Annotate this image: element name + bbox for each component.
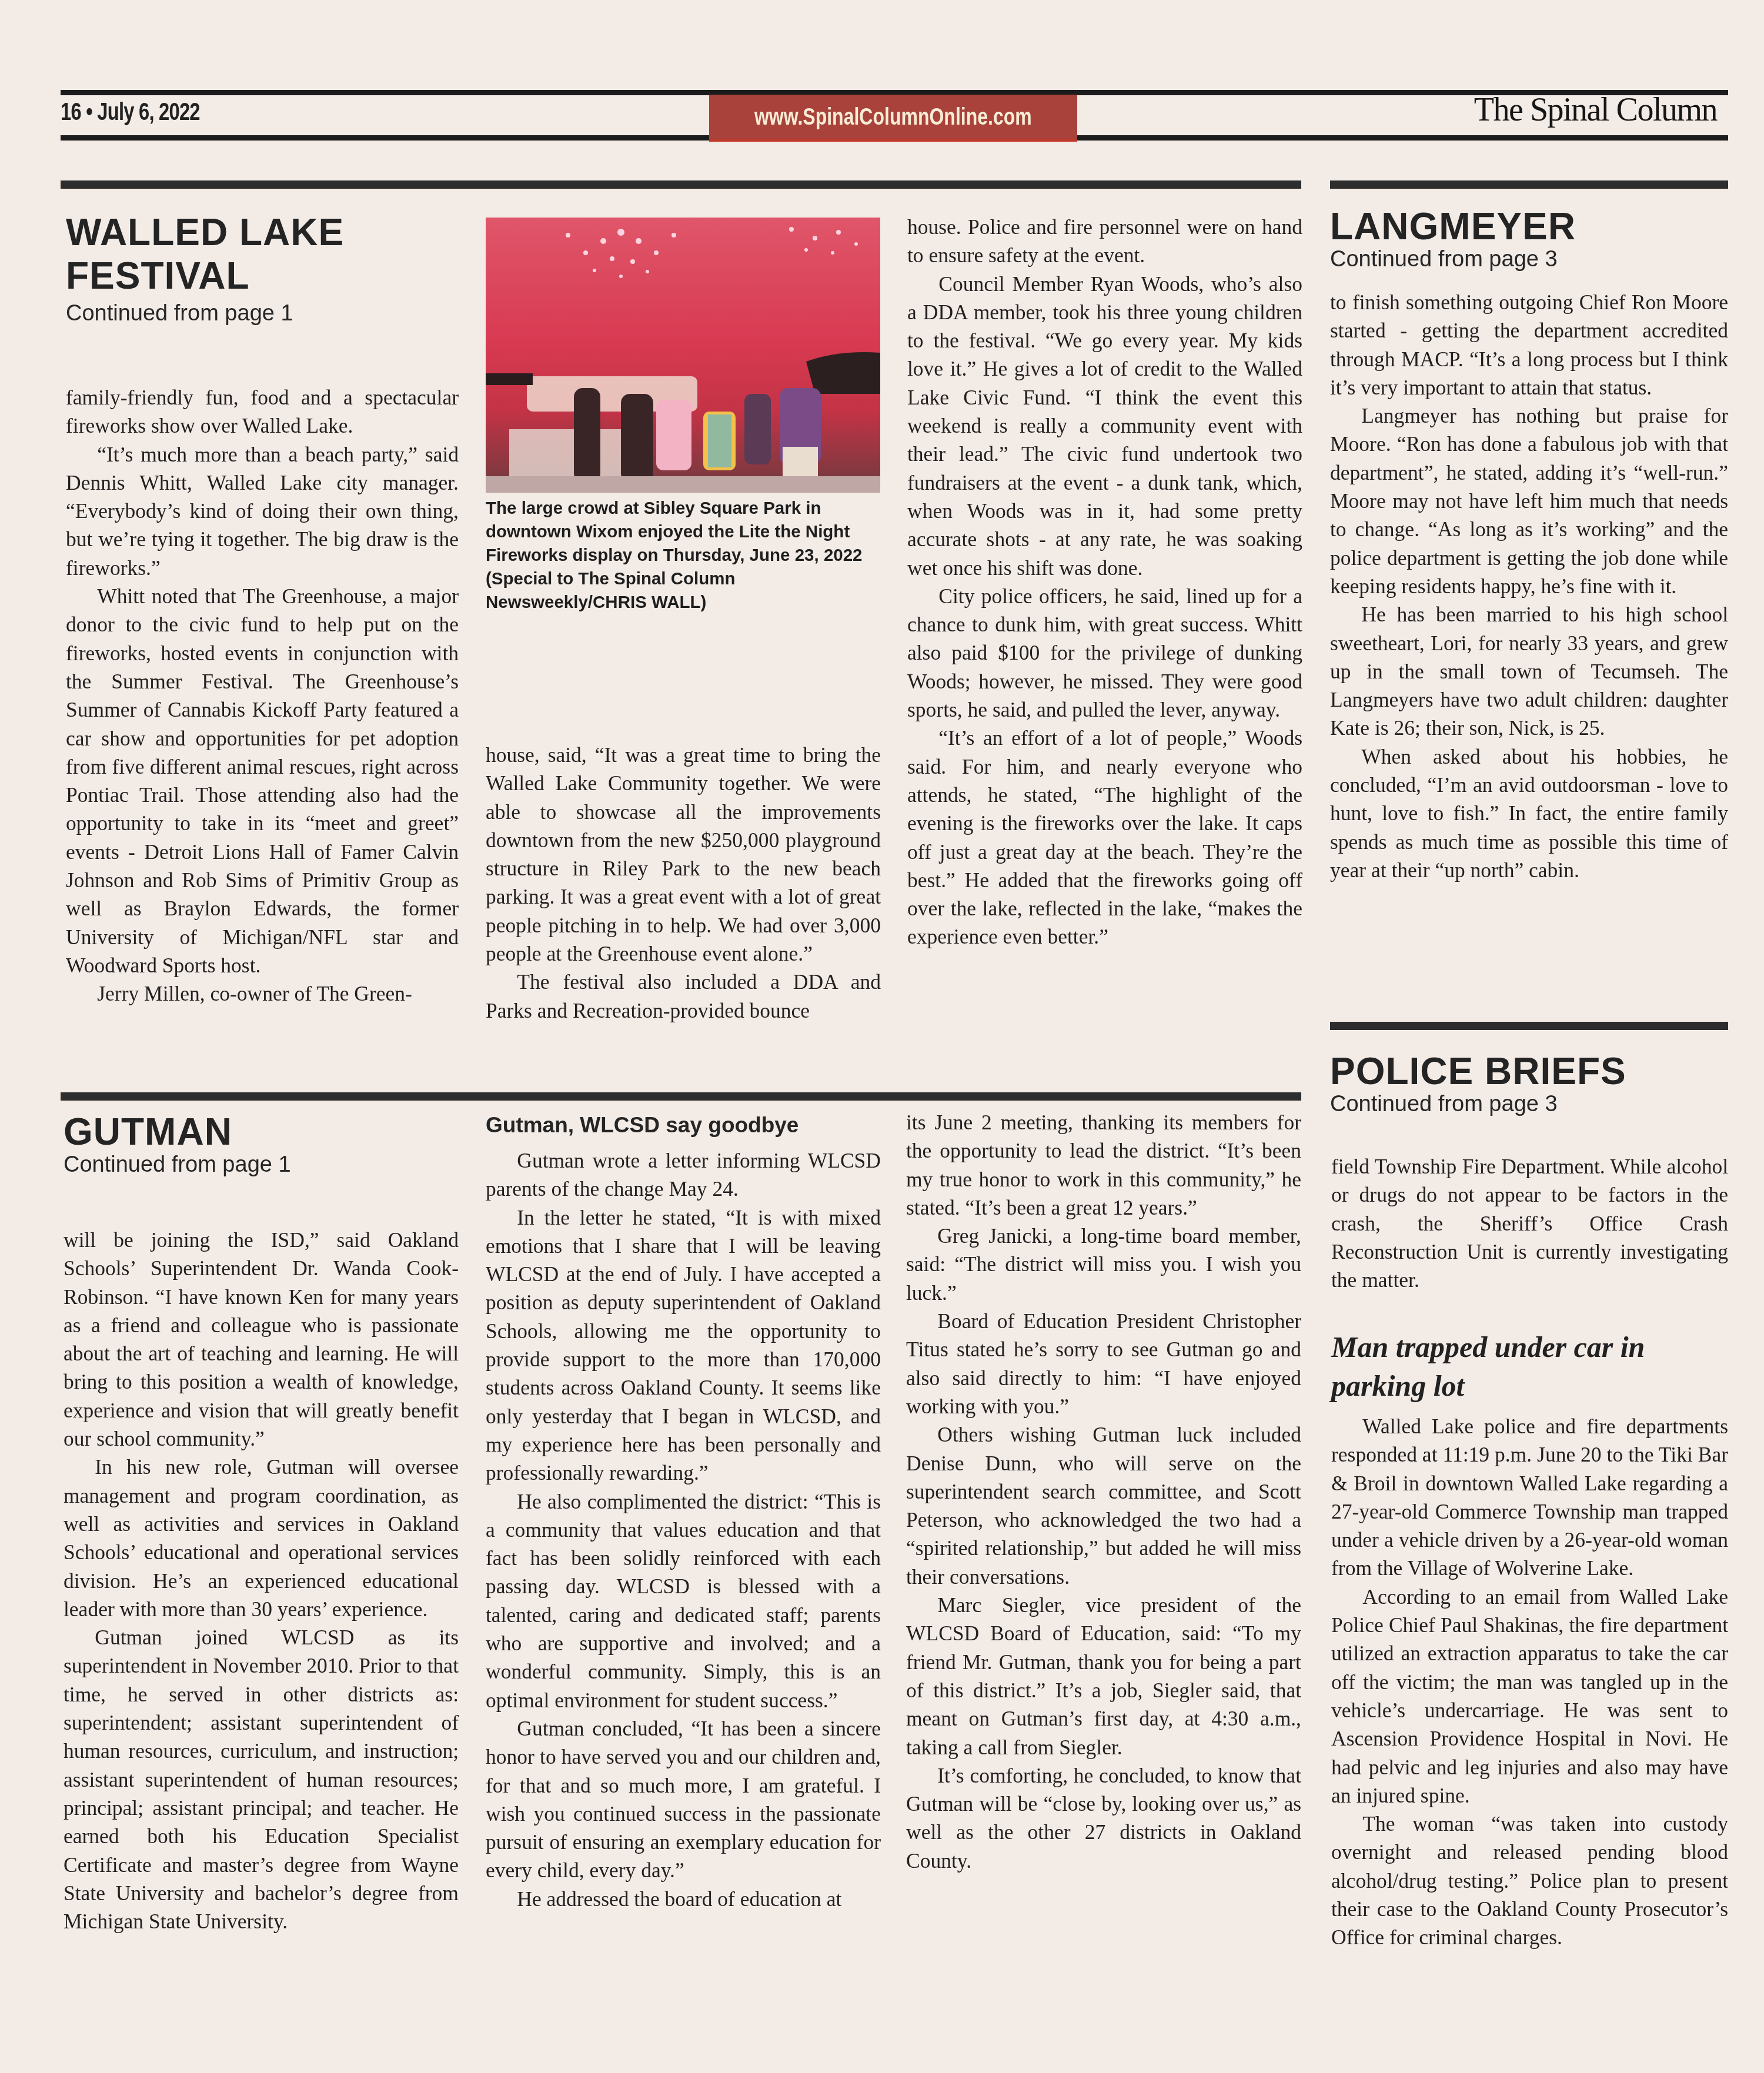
paragraph: Others wishing Gutman luck included Deni… (906, 1420, 1301, 1591)
website-link[interactable]: www.SpinalColumnOnline.com (709, 95, 1077, 142)
photo-caption: The large crowd at Sibley Square Park in… (486, 497, 874, 614)
paragraph: Greg Janicki, a long-time board member, … (906, 1222, 1301, 1307)
paragraph: “It’s much more than a beach party,” sai… (66, 440, 459, 582)
paragraph: In his new role, Gutman will oversee man… (64, 1453, 459, 1623)
walled-lake-column-3: house. Police and fire personnel were on… (907, 213, 1302, 951)
gutman-column-2: Gutman wrote a letter informing WLCSD pa… (486, 1146, 881, 1913)
langmeyer-headline: LANGMEYER (1330, 205, 1576, 248)
walled-lake-column-2: house, said, “It was a great time to bri… (486, 741, 881, 1025)
walled-lake-jump-line: Continued from page 1 (66, 301, 293, 326)
gutman-section-rule (61, 1092, 1301, 1101)
walled-lake-headline: WALLED LAKE FESTIVAL (66, 210, 344, 297)
headline-line-2: FESTIVAL (66, 254, 344, 297)
fireworks-photo-illustration (486, 218, 880, 493)
paragraph: City police officers, he said, lined up … (907, 582, 1302, 724)
paragraph: “It’s an effort of a lot of people,” Woo… (907, 724, 1302, 951)
walled-lake-section-rule (61, 180, 1301, 189)
paragraph: Gutman joined WLCSD as its superintenden… (64, 1623, 459, 1935)
paragraph: When asked about his hobbies, he conclud… (1330, 743, 1728, 884)
paragraph: The festival also included a DDA and Par… (486, 968, 881, 1025)
langmeyer-column: to finish something outgoing Chief Ron M… (1330, 288, 1728, 884)
paragraph: According to an email from Walled Lake P… (1331, 1583, 1728, 1810)
brief-headline: Man trapped under car in parking lot (1331, 1328, 1661, 1405)
police-briefs-intro: field Township Fire Department. While al… (1331, 1152, 1728, 1294)
fireworks-photo (486, 218, 880, 493)
paragraph: to finish something outgoing Chief Ron M… (1330, 288, 1728, 402)
langmeyer-section-rule (1330, 180, 1728, 189)
paragraph: He also complimented the district: “This… (486, 1487, 881, 1714)
police-briefs-jump-line: Continued from page 3 (1330, 1092, 1558, 1117)
website-url: www.SpinalColumnOnline.com (754, 104, 1032, 131)
police-brief-column: Walled Lake police and fire departments … (1331, 1412, 1728, 1952)
paragraph: house. Police and fire personnel were on… (907, 213, 1302, 270)
langmeyer-jump-line: Continued from page 3 (1330, 247, 1558, 272)
paragraph: He addressed the board of education at (486, 1885, 881, 1913)
headline-line-1: WALLED LAKE (66, 210, 344, 254)
police-briefs-headline: POLICE BRIEFS (1330, 1049, 1626, 1093)
police-briefs-section-rule (1330, 1022, 1728, 1030)
newspaper-name: The Spinal Column (1474, 91, 1717, 129)
paragraph: family-friendly fun, food and a spectacu… (66, 383, 459, 440)
paragraph: Whitt noted that The Greenhouse, a major… (66, 582, 459, 979)
paragraph: Jerry Millen, co-owner of The Green- (66, 979, 459, 1008)
walled-lake-column-1: family-friendly fun, food and a spectacu… (66, 383, 459, 1008)
gutman-subheadline: Gutman, WLCSD say goodbye (486, 1113, 799, 1138)
paragraph: Board of Education President Christopher… (906, 1307, 1301, 1420)
paragraph: house, said, “It was a great time to bri… (486, 741, 881, 968)
paragraph: Council Member Ryan Woods, who’s also a … (907, 270, 1302, 582)
paragraph: its June 2 meeting, thanking its members… (906, 1108, 1301, 1222)
paragraph: In the letter he stated, “It is with mix… (486, 1203, 881, 1487)
paragraph: It’s comforting, he concluded, to know t… (906, 1761, 1301, 1875)
gutman-headline: GUTMAN (64, 1110, 232, 1153)
paragraph: Walled Lake police and fire departments … (1331, 1412, 1728, 1583)
paragraph: Marc Siegler, vice president of the WLCS… (906, 1591, 1301, 1761)
paragraph: field Township Fire Department. While al… (1331, 1152, 1728, 1294)
page-folio: 16 • July 6, 2022 (61, 98, 200, 126)
gutman-column-3: its June 2 meeting, thanking its members… (906, 1108, 1301, 1875)
paragraph: will be joining the ISD,” said Oakland S… (64, 1226, 459, 1453)
paragraph: Gutman wrote a letter informing WLCSD pa… (486, 1146, 881, 1203)
paragraph: Langmeyer has nothing but praise for Moo… (1330, 402, 1728, 600)
gutman-column-1: will be joining the ISD,” said Oakland S… (64, 1226, 459, 1935)
paragraph: He has been married to his high school s… (1330, 600, 1728, 742)
paragraph: The woman “was taken into custody overni… (1331, 1810, 1728, 1951)
gutman-jump-line: Continued from page 1 (64, 1152, 291, 1178)
paragraph: Gutman concluded, “It has been a sincere… (486, 1714, 881, 1885)
